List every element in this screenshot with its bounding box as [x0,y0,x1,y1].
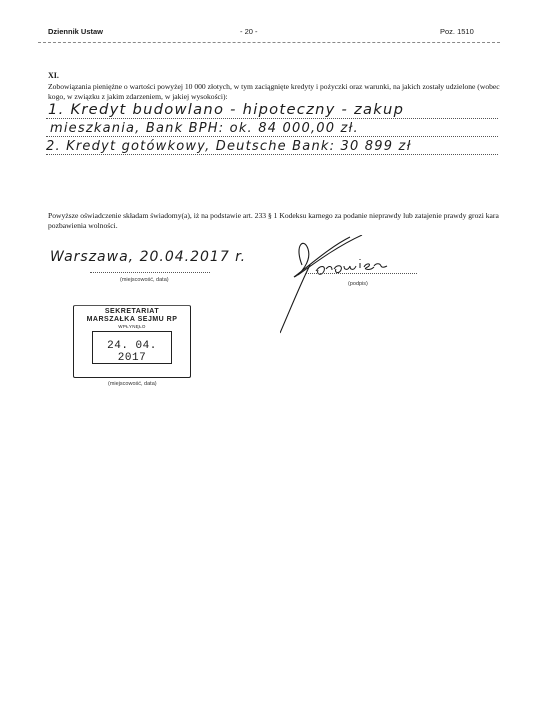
place-date-label: (miejscowość, data) [120,277,169,283]
stamp-label: (miejscowość, data) [108,381,157,387]
document-page: Dziennik Ustaw - 20 - Poz. 1510 XI. Zobo… [0,0,540,716]
declaration-text: Powyższe oświadczenie składam świadomy(a… [48,211,508,230]
answer-line-2 [46,136,498,137]
handwritten-answer-line-1: 1. Kredyt budowlano - hipoteczny - zakup [48,102,404,118]
stamp-date-box: 24. 04. 2017 [92,331,172,364]
signature-label: (podpis) [348,281,368,287]
header-page-number: - 20 - [240,27,258,36]
stamp-line-3: WPŁYNĘŁO [74,324,190,329]
header-divider [38,42,500,43]
handwritten-place-date: Warszawa, 20.04.2017 r. [50,249,246,265]
stamp-line-1: SEKRETARIAT [74,308,190,315]
signature-line [305,273,417,274]
header-publication: Dziennik Ustaw [48,27,103,36]
section-question: Zobowiązania pieniężne o wartości powyże… [48,82,508,101]
place-date-line [90,272,210,273]
answer-line-1 [46,118,498,119]
stamp-date: 24. 04. 2017 [93,340,171,364]
handwritten-answer-line-2: mieszkania, Bank BPH: ok. 84 000,00 zł. [50,121,359,136]
registry-stamp: SEKRETARIAT MARSZAŁKA SEJMU RP WPŁYNĘŁO … [73,305,191,378]
section-number: XI. [48,71,59,80]
stamp-line-2: MARSZAŁKA SEJMU RP [74,316,190,323]
answer-line-3 [46,154,498,155]
handwritten-answer-line-3: 2. Kredyt gotówkowy, Deutsche Bank: 30 8… [46,139,412,154]
header-position: Poz. 1510 [440,27,474,36]
